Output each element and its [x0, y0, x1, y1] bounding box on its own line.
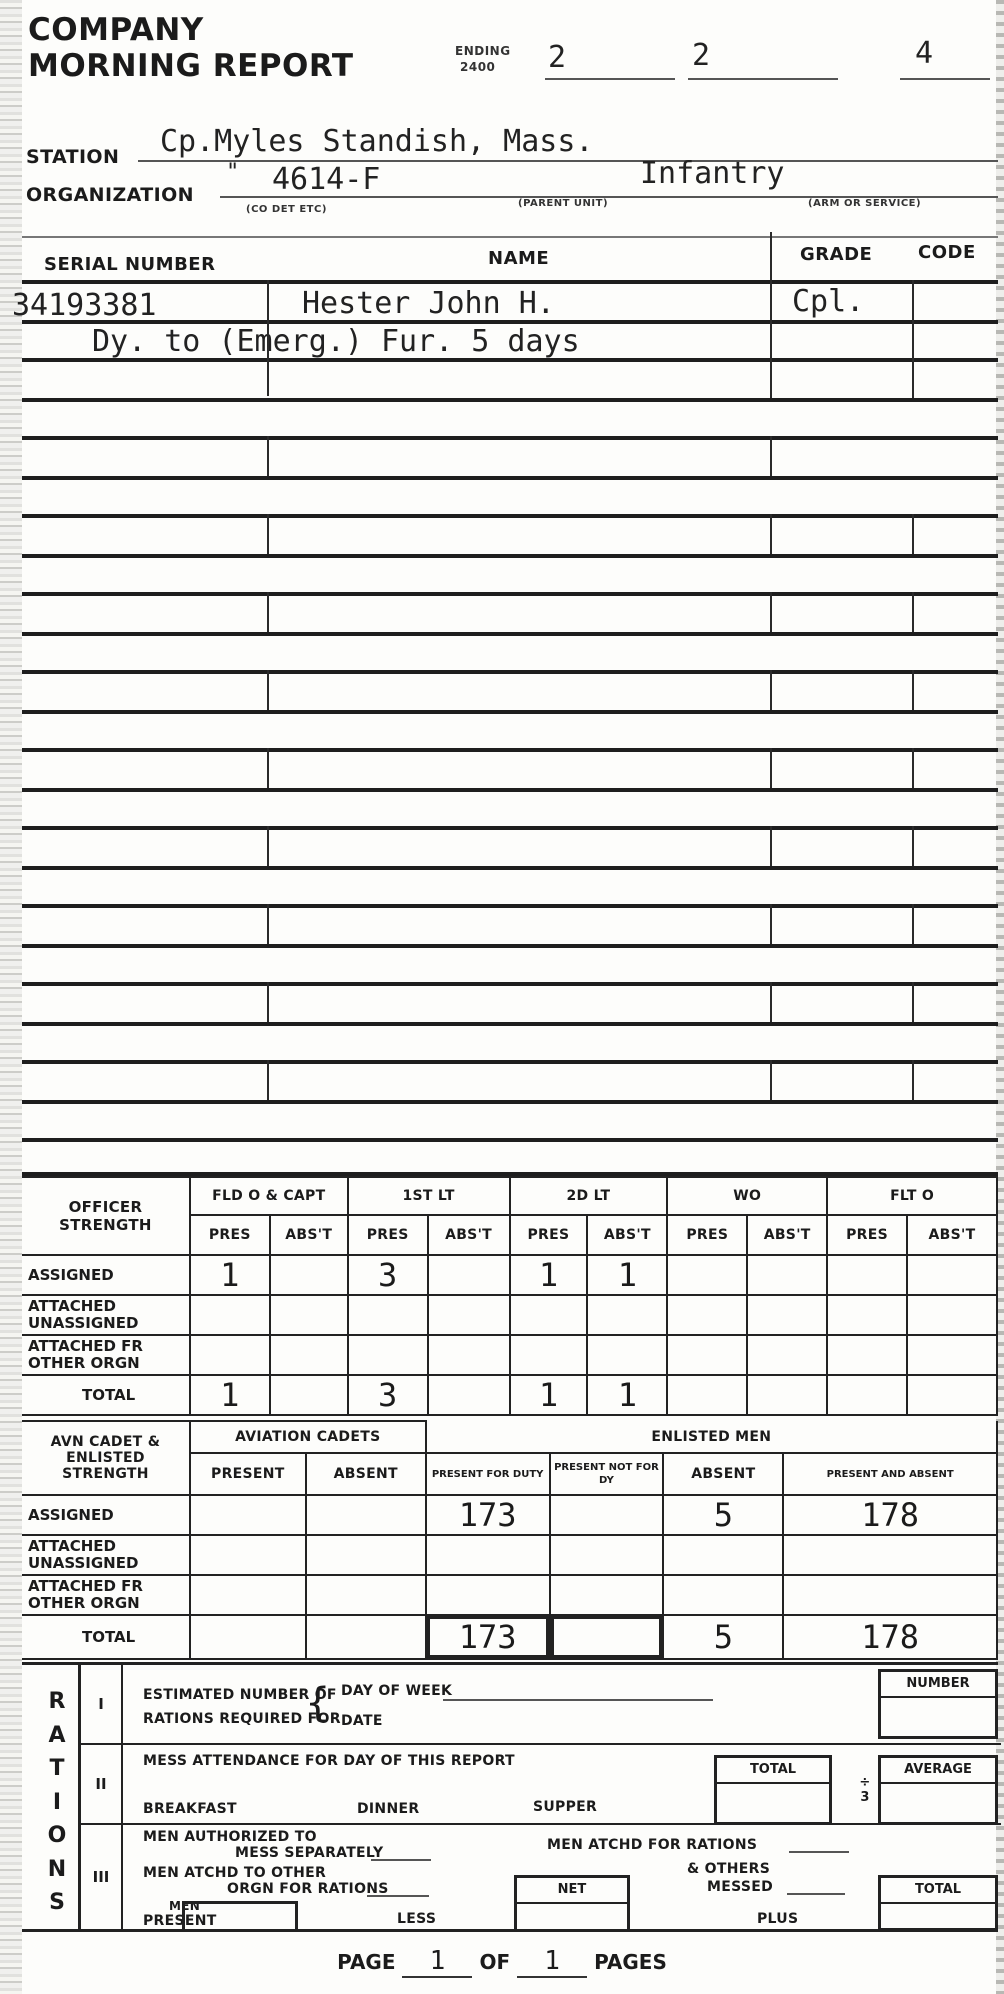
- cell: [348, 1335, 428, 1375]
- cell: [306, 1615, 426, 1659]
- date-day-underline: [545, 78, 675, 80]
- men-present-field[interactable]: [182, 1901, 298, 1932]
- cell: [510, 1335, 588, 1375]
- section-number: I: [81, 1665, 123, 1743]
- rations-section-2: II MESS ATTENDANCE FOR DAY OF THIS REPOR…: [78, 1745, 1001, 1825]
- cell: [907, 1375, 997, 1415]
- officer-row-assigned: ASSIGNED 1 3 1 1: [22, 1255, 997, 1295]
- cell: [907, 1255, 997, 1295]
- serial-number-cell: 34193381: [12, 288, 157, 323]
- row-label: ATTACHED UNASSIGNED: [22, 1295, 190, 1335]
- date-label: DATE: [341, 1713, 383, 1729]
- total-rations-box: TOTAL: [878, 1875, 998, 1931]
- col-present-and-absent: PRESENT AND ABSENT: [783, 1453, 997, 1495]
- cell: [783, 1535, 997, 1575]
- section-number: III: [81, 1825, 123, 1929]
- average-box-label: AVERAGE: [881, 1758, 995, 1784]
- rations-section-1: I ESTIMATED NUMBER OF RATIONS REQUIRED F…: [78, 1665, 1001, 1745]
- officer-strength-title: OFFICER STRENGTH: [22, 1177, 190, 1255]
- cell: [428, 1255, 510, 1295]
- sub-abst: ABS'T: [747, 1215, 827, 1255]
- cell: 5: [663, 1495, 783, 1535]
- cell: [827, 1375, 907, 1415]
- total-box: TOTAL: [714, 1755, 832, 1825]
- col-absent: ABSENT: [663, 1453, 783, 1495]
- sub-pres: PRES: [190, 1215, 270, 1255]
- remark-line: Dy. to (Emerg.) Fur. 5 days: [92, 324, 580, 359]
- cell: 1: [510, 1375, 588, 1415]
- total-rations-label: TOTAL: [881, 1878, 995, 1904]
- sub-pres: PRES: [348, 1215, 428, 1255]
- cell: [190, 1335, 270, 1375]
- cell: [270, 1295, 348, 1335]
- cell: 173: [426, 1615, 550, 1659]
- cell: [667, 1335, 747, 1375]
- cell: 3: [348, 1255, 428, 1295]
- number-box-field[interactable]: [881, 1698, 995, 1734]
- group-2d-lt: 2D LT: [510, 1177, 668, 1215]
- total-box-label: TOTAL: [717, 1758, 829, 1784]
- col-grade: GRADE: [800, 244, 872, 265]
- parent-unit-label: (PARENT UNIT): [518, 198, 608, 209]
- col-divider: [770, 232, 772, 280]
- average-box: AVERAGE: [878, 1755, 998, 1825]
- cell: 1: [587, 1375, 667, 1415]
- mess-separately-label: MESS SEPARATELY: [235, 1845, 383, 1861]
- sub-abst: ABS'T: [907, 1215, 997, 1255]
- cell: [510, 1295, 588, 1335]
- cell: [270, 1335, 348, 1375]
- organization-prefix: ": [226, 160, 239, 185]
- ending-label: ENDING: [455, 44, 511, 58]
- ending-time-label: 2400: [460, 60, 495, 74]
- cell: 178: [783, 1615, 997, 1659]
- date-year-underline: [900, 78, 990, 80]
- others-messed-field[interactable]: [787, 1893, 845, 1895]
- letter: N: [42, 1853, 72, 1887]
- enlisted-strength-table: AVN CADET & ENLISTED STRENGTH AVIATION C…: [22, 1420, 998, 1660]
- number-box: NUMBER: [878, 1669, 998, 1739]
- co-det-label: (CO DET ETC): [246, 204, 327, 215]
- cell: [587, 1295, 667, 1335]
- col-cadets-absent: ABSENT: [306, 1453, 426, 1495]
- cell: [270, 1255, 348, 1295]
- cell: [783, 1575, 997, 1615]
- cell: [550, 1615, 664, 1659]
- net-box: NET: [514, 1875, 630, 1932]
- cell: [907, 1295, 997, 1335]
- rations-side-label: R A T I O N S: [42, 1685, 72, 1920]
- col-present-not-for-duty: PRESENT NOT FOR DY: [550, 1453, 664, 1495]
- col-present-for-duty: PRESENT FOR DUTY: [426, 1453, 550, 1495]
- others-label: & OTHERS: [687, 1861, 770, 1877]
- cell: [270, 1375, 348, 1415]
- cell: [306, 1495, 426, 1535]
- group-enlisted-men: ENLISTED MEN: [426, 1421, 997, 1453]
- orgn-for-rations-label: ORGN FOR RATIONS: [227, 1881, 389, 1897]
- page-label: PAGE: [337, 1950, 395, 1974]
- row-label: ASSIGNED: [22, 1255, 190, 1295]
- cell: [190, 1615, 306, 1659]
- cell: [428, 1335, 510, 1375]
- form-title-line2: MORNING REPORT: [28, 48, 353, 84]
- organization-label: ORGANIZATION: [26, 184, 194, 206]
- cell: [747, 1375, 827, 1415]
- row-label: ATTACHED UNASSIGNED: [22, 1535, 190, 1575]
- men-atchd-other-label: MEN ATCHD TO OTHER: [143, 1865, 326, 1881]
- cell: 5: [663, 1615, 783, 1659]
- cell: [428, 1295, 510, 1335]
- letter: O: [42, 1819, 72, 1853]
- enlisted-row-attached-fr-other: ATTACHED FR OTHER ORGN: [22, 1575, 997, 1615]
- officer-row-attached-fr-other: ATTACHED FR OTHER ORGN: [22, 1335, 997, 1375]
- cell: 1: [190, 1375, 270, 1415]
- group-flt-o: FLT O: [827, 1177, 997, 1215]
- arm-service-field[interactable]: Infantry: [640, 156, 785, 191]
- supper-label: SUPPER: [533, 1799, 597, 1815]
- net-box-label: NET: [517, 1878, 627, 1904]
- sub-abst: ABS'T: [428, 1215, 510, 1255]
- station-label: STATION: [26, 146, 119, 168]
- cell: 1: [190, 1255, 270, 1295]
- cell: [306, 1535, 426, 1575]
- cell: [190, 1535, 306, 1575]
- dinner-label: DINNER: [357, 1801, 419, 1817]
- cell: [426, 1535, 550, 1575]
- men-atchd-rations-field[interactable]: [789, 1851, 849, 1853]
- form-title-line1: COMPANY: [28, 12, 204, 48]
- date-year-field[interactable]: 4: [915, 36, 933, 71]
- men-authorized-label: MEN AUTHORIZED TO: [143, 1829, 317, 1845]
- row-label: ASSIGNED: [22, 1495, 190, 1535]
- breakfast-label: BREAKFAST: [143, 1801, 237, 1817]
- orgn-for-rations-field[interactable]: [367, 1895, 429, 1897]
- cell: 178: [783, 1495, 997, 1535]
- col-name: NAME: [488, 248, 549, 269]
- officer-row-attached-unassigned: ATTACHED UNASSIGNED: [22, 1295, 997, 1335]
- cell: [190, 1295, 270, 1335]
- mess-separately-field[interactable]: [371, 1859, 431, 1861]
- plus-label: PLUS: [757, 1911, 798, 1927]
- row-label: TOTAL: [22, 1615, 190, 1659]
- cell: [550, 1535, 664, 1575]
- arm-service-label: (ARM OR SERVICE): [808, 198, 921, 209]
- cell: [907, 1335, 997, 1375]
- cell: 1: [510, 1255, 588, 1295]
- cell: [667, 1375, 747, 1415]
- cell: [426, 1575, 550, 1615]
- mess-attendance-text: MESS ATTENDANCE FOR DAY OF THIS REPORT: [143, 1753, 515, 1769]
- page-indicator: PAGE 1 OF 1 PAGES: [0, 1946, 1004, 1978]
- letter: T: [42, 1752, 72, 1786]
- col-serial-number: SERIAL NUMBER: [44, 254, 215, 275]
- letter: A: [42, 1719, 72, 1753]
- of-label: OF: [479, 1950, 510, 1974]
- group-wo: WO: [667, 1177, 827, 1215]
- less-label: LESS: [397, 1911, 436, 1927]
- cell: 3: [348, 1375, 428, 1415]
- day-of-week-label: DAY OF WEEK: [341, 1683, 452, 1699]
- cell: [663, 1575, 783, 1615]
- cell: [827, 1255, 907, 1295]
- sub-pres: PRES: [667, 1215, 747, 1255]
- cell: [190, 1495, 306, 1535]
- cell: 1: [587, 1255, 667, 1295]
- sub-abst: ABS'T: [270, 1215, 348, 1255]
- cell: [827, 1295, 907, 1335]
- row-label: TOTAL: [22, 1375, 190, 1415]
- row-label: ATTACHED FR OTHER ORGN: [22, 1575, 190, 1615]
- messed-label: MESSED: [707, 1879, 773, 1895]
- col-code: CODE: [918, 242, 976, 263]
- cell: [667, 1255, 747, 1295]
- station-underline: [138, 160, 998, 162]
- brace-icon: {: [305, 1683, 331, 1723]
- cell: [306, 1575, 426, 1615]
- enlisted-row-attached-unassigned: ATTACHED UNASSIGNED: [22, 1535, 997, 1575]
- cell: [550, 1495, 664, 1535]
- cell: [747, 1255, 827, 1295]
- letter: I: [42, 1786, 72, 1820]
- cell: [587, 1335, 667, 1375]
- section-number: II: [81, 1745, 123, 1823]
- rations-section: R A T I O N S I ESTIMATED NUMBER OF RATI…: [22, 1662, 998, 1932]
- row-label: ATTACHED FR OTHER ORGN: [22, 1335, 190, 1375]
- group-1st-lt: 1ST LT: [348, 1177, 510, 1215]
- cell: [348, 1295, 428, 1335]
- name-cell: Hester John H.: [302, 286, 555, 321]
- date-month-underline: [688, 78, 838, 80]
- station-field[interactable]: Cp.Myles Standish, Mass.: [160, 124, 593, 159]
- letter: S: [42, 1886, 72, 1920]
- date-month-field[interactable]: 2: [692, 38, 710, 73]
- cell: 173: [426, 1495, 550, 1535]
- cell: [663, 1535, 783, 1575]
- cell: [550, 1575, 664, 1615]
- sub-pres: PRES: [827, 1215, 907, 1255]
- date-day-field[interactable]: 2: [548, 40, 566, 75]
- officer-row-total: TOTAL 1 3 1 1: [22, 1375, 997, 1415]
- cell: [747, 1335, 827, 1375]
- men-atchd-rations-label: MEN ATCHD FOR RATIONS: [547, 1837, 757, 1853]
- enlisted-row-total: TOTAL 173 5 178: [22, 1615, 997, 1659]
- header-divider: [22, 236, 998, 238]
- cell: [827, 1335, 907, 1375]
- cell: [190, 1575, 306, 1615]
- enlisted-row-assigned: ASSIGNED 173 5 178: [22, 1495, 997, 1535]
- organization-field[interactable]: 4614-F: [272, 162, 380, 197]
- number-box-label: NUMBER: [881, 1672, 995, 1698]
- page-number: 1: [402, 1946, 472, 1978]
- cell: [747, 1295, 827, 1335]
- cell: [428, 1375, 510, 1415]
- grade-cell: Cpl.: [792, 284, 864, 319]
- enlisted-strength-title: AVN CADET & ENLISTED STRENGTH: [22, 1421, 190, 1495]
- group-fld-o-capt: FLD O & CAPT: [190, 1177, 348, 1215]
- group-aviation-cadets: AVIATION CADETS: [190, 1421, 426, 1453]
- day-of-week-field[interactable]: [443, 1699, 713, 1701]
- col-cadets-present: PRESENT: [190, 1453, 306, 1495]
- page-total: 1: [517, 1946, 587, 1978]
- pages-label: PAGES: [594, 1950, 667, 1974]
- sub-abst: ABS'T: [587, 1215, 667, 1255]
- letter: R: [42, 1685, 72, 1719]
- officer-strength-table: OFFICER STRENGTH FLD O & CAPT 1ST LT 2D …: [22, 1176, 998, 1416]
- sub-pres: PRES: [510, 1215, 588, 1255]
- cell: [667, 1295, 747, 1335]
- divide-by-three-label: ÷ 3: [857, 1775, 873, 1805]
